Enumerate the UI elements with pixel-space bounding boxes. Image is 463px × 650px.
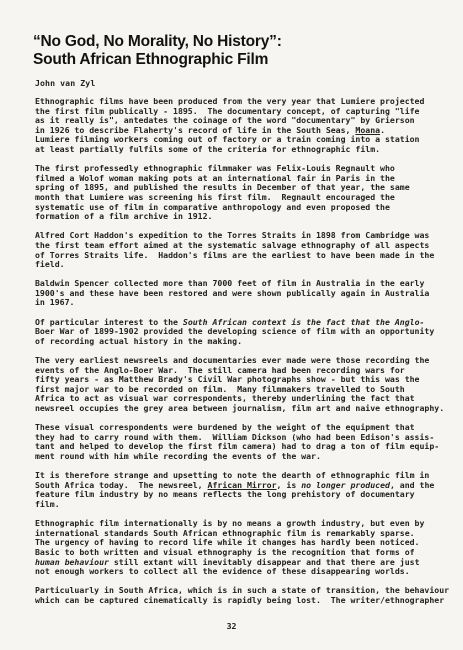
paragraph: Baldwin Spencer collected more than 7000…: [35, 279, 457, 308]
paragraph: Of particular interest to the South Afri…: [35, 318, 457, 347]
text-segment: Moana: [355, 125, 380, 135]
text-segment: Boer War of 1899-1902 provided the devel…: [35, 326, 434, 346]
text-segment: Particuluarly in South Africa, which is …: [35, 585, 449, 605]
paragraph: These visual correspondents were burdene…: [35, 423, 457, 461]
text-segment: Alfred Cort Haddon's expedition to the T…: [35, 230, 434, 269]
title-line-1: “No God, No Morality, No History”:: [33, 33, 282, 50]
title-line-2: South African Ethnographic Film: [33, 51, 268, 68]
article-title: “No God, No Morality, No History”: South…: [33, 33, 282, 68]
paragraph: Ethnographic films have been produced fr…: [35, 97, 457, 155]
text-segment: Ethnographic film internationally is by …: [35, 518, 424, 557]
text-segment: African Mirror: [208, 480, 277, 490]
text-segment: These visual correspondents were burdene…: [35, 422, 439, 461]
paragraph: The first professedly ethnographic filmm…: [35, 164, 457, 222]
text-segment: The very earliest newsreels and document…: [35, 355, 444, 413]
article-body: Ethnographic films have been produced fr…: [35, 97, 457, 615]
paragraph: It is therefore strange and upsetting to…: [35, 471, 457, 509]
paragraph: Ethnographic film internationally is by …: [35, 519, 457, 577]
author-byline: John van Zyl: [35, 78, 95, 88]
text-segment: Baldwin Spencer collected more than 7000…: [35, 278, 429, 307]
text-segment: Of particular interest to the: [35, 317, 183, 327]
text-segment: South African context is the fact that t…: [183, 317, 425, 327]
paragraph: Alfred Cort Haddon's expedition to the T…: [35, 231, 457, 269]
paragraph: The very earliest newsreels and document…: [35, 356, 457, 414]
text-segment: no longer produced: [301, 480, 390, 490]
text-segment: The first professedly ethnographic filmm…: [35, 163, 410, 221]
paragraph: Particuluarly in South Africa, which is …: [35, 586, 457, 605]
scanned-document-page: “No God, No Morality, No History”: South…: [0, 0, 463, 650]
page-number: 32: [0, 621, 463, 631]
text-segment: , is: [277, 480, 302, 490]
text-segment: human behaviour: [35, 557, 109, 567]
